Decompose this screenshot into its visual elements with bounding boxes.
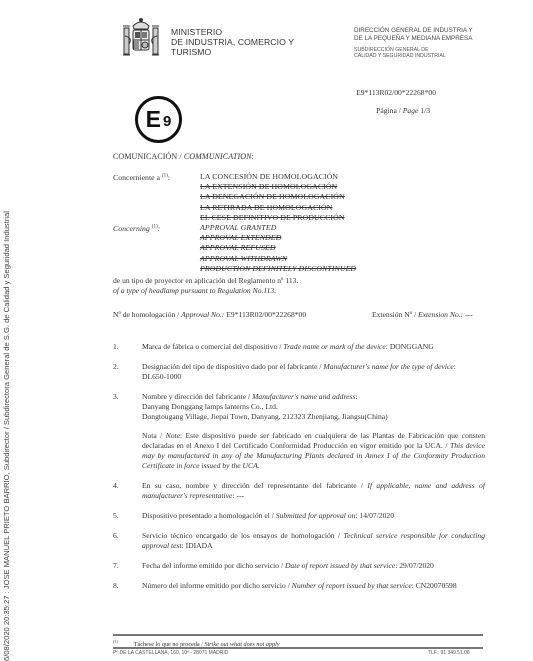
option-approval-granted-es: LA CONCESIÓN DE HOMOLOGACIÓN <box>200 172 345 182</box>
option-production-discontinued-es: EL CESE DEFINITIVO DE PRODUCCIÓN <box>200 213 345 223</box>
page-indicator: Página / Page 1/3 <box>376 106 430 115</box>
option-approval-withdrawn-es: LA RETIRADA DE HOMOLOGACIÓN <box>200 203 345 213</box>
list-item: 4. En su caso, nombre y dirección del re… <box>113 481 485 501</box>
list-item: 3. Nombre y dirección del fabricante / M… <box>113 392 485 471</box>
option-approval-extended-es: LA EXTENSIÓN DE HOMOLOGACIÓN <box>200 182 345 192</box>
document-reference: E9*113R02/00*22268*00 <box>356 88 436 97</box>
option-approval-refused-es: LA DENEGACIÓN DE HOMOLOGACIÓN <box>200 192 345 202</box>
list-item: 2. Designación del tipo de dispositivo d… <box>113 362 485 382</box>
concerning-label-es: Concerniente a (1): <box>113 173 170 182</box>
directorate-name: DIRECCIÓN GENERAL DE INDUSTRIA Y DE LA P… <box>354 27 473 43</box>
footer-divider <box>113 647 483 649</box>
footer-address: Pº DE LA CASTELLANA, 160, 10ª - 28071 MA… <box>113 650 228 656</box>
concerning-label-en: Concerning (1): <box>113 224 160 233</box>
list-item: 5. Dispositivo presentado a homologación… <box>113 511 485 521</box>
e-mark-logo: E9 <box>135 96 182 143</box>
spain-coat-of-arms-icon <box>121 16 161 61</box>
manufacturing-note: Nota / Note: Este dispositivo puede ser … <box>142 431 485 471</box>
option-approval-granted-en: APPROVAL GRANTED <box>200 223 356 233</box>
list-item: 7. Fecha del informe emitido por dicho s… <box>113 561 485 571</box>
approval-items-list: 1. Marca de fábrica o comercial del disp… <box>113 342 485 601</box>
extension-number: Extensión Nº / Extension No.: --- <box>372 310 473 320</box>
communication-heading: COMUNICACIÓN / COMMUNICATION: <box>113 152 254 161</box>
option-production-discontinued-en: PRODUCTION DEFINITELY DISCONTINUED <box>200 264 356 274</box>
option-approval-withdrawn-en: APPROVAL WITHDRAWN <box>200 254 356 264</box>
option-approval-refused-en: APPROVAL REFUSED <box>200 243 356 253</box>
footnote-divider <box>113 634 483 636</box>
subdirectorate-name: SUBDIRECCIÓN GENERAL DE CALIDAD Y SEGURI… <box>354 47 446 60</box>
option-approval-extended-en: APPROVAL EXTENDED <box>200 233 356 243</box>
list-item: 1. Marca de fábrica o comercial del disp… <box>113 342 485 352</box>
device-type-statement: de un tipo de proyector en aplicación de… <box>113 276 298 296</box>
concerning-options-en: APPROVAL GRANTED APPROVAL EXTENDED APPRO… <box>200 223 356 274</box>
list-item: 8. Número del informe emitido por dicho … <box>113 581 485 591</box>
signature-stamp: 6/08/2020 20:35:27 : JOSE MANUEL PRIETO … <box>2 191 11 661</box>
approval-number: Nº de homologación / Approval No.: E9*11… <box>113 310 306 320</box>
concerning-options-es: LA CONCESIÓN DE HOMOLOGACIÓN LA EXTENSIÓ… <box>200 172 345 223</box>
footer-phone: TLF.: 91 349.51.08 <box>428 650 470 656</box>
list-item: 6. Servicio técnico encargado de los ens… <box>113 531 485 551</box>
ministry-name: MINISTERIO DE INDUSTRIA, COMERCIO Y TURI… <box>171 27 294 58</box>
